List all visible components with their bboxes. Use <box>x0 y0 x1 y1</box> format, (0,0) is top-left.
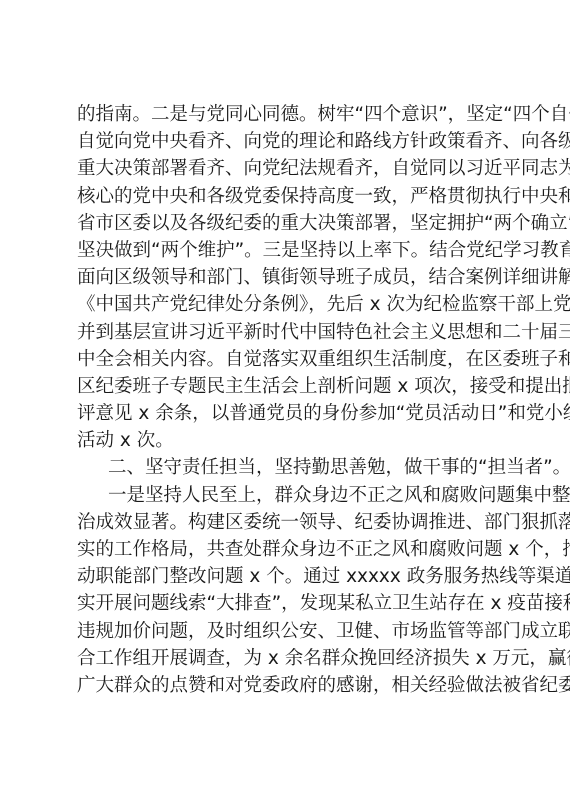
section-heading-two: 二、坚守责任担当，坚持勤思善勉，做干事的“担当者”。 <box>77 454 494 481</box>
paragraph-1-line-12: 评意见 x 余条，以普通党员的身份参加“党员活动日”和党小组 <box>77 400 494 427</box>
paragraph-1-line-2: 自觉向党中央看齐、向党的理论和路线方针政策看齐、向各级 <box>77 128 494 155</box>
paragraph-1-line-8: 《中国共产党纪律处分条例》，先后 x 次为纪检监察干部上党课， <box>77 291 494 318</box>
paragraph-1-line-4: 核心的党中央和各级党委保持高度一致，严格贯彻执行中央和 <box>77 183 494 210</box>
document-page: 的指南。二是与党同心同德。树牢“四个意识”，坚定“四个自信”， 自觉向党中央看齐… <box>77 101 494 699</box>
paragraph-2-line-6: 违规加价问题，及时组织公安、卫健、市场监管等部门成立联 <box>77 618 494 645</box>
paragraph-2-line-2: 治成效显著。构建区委统一领导、纪委协调推进、部门狠抓落 <box>77 509 494 536</box>
paragraph-2-line-3: 实的工作格局，共查处群众身边不正之风和腐败问题 x 个，推 <box>77 536 494 563</box>
paragraph-1-line-10: 中全会相关内容。自觉落实双重组织生活制度，在区委班子和 <box>77 346 494 373</box>
paragraph-2-line-1: 一是坚持人民至上，群众身边不正之风和腐败问题集中整 <box>77 482 494 509</box>
paragraph-1-line-5: 省市区委以及各级纪委的重大决策部署，坚定拥护“两个确立”、 <box>77 210 494 237</box>
paragraph-1-line-7: 面向区级领导和部门、镇街领导班子成员，结合案例详细讲解 <box>77 264 494 291</box>
paragraph-2-line-4: 动职能部门整改问题 x 个。通过 xxxxx 政务服务热线等渠道扎 <box>77 563 494 590</box>
paragraph-2-line-7: 合工作组开展调查，为 x 余名群众挽回经济损失 x 万元，赢得 <box>77 645 494 672</box>
paragraph-1-line-13: 活动 x 次。 <box>77 427 494 454</box>
paragraph-2-line-5: 实开展问题线索“大排查”，发现某私立卫生站存在 x 疫苗接种 <box>77 590 494 617</box>
paragraph-1-line-9: 并到基层宣讲习近平新时代中国特色社会主义思想和二十届三 <box>77 319 494 346</box>
paragraph-1-line-3: 重大决策部署看齐、向党纪法规看齐，自觉同以习近平同志为 <box>77 155 494 182</box>
paragraph-2-line-8: 广大群众的点赞和对党委政府的感谢，相关经验做法被省纪委 <box>77 672 494 699</box>
paragraph-1-line-11: 区纪委班子专题民主生活会上剖析问题 x 项次，接受和提出批 <box>77 373 494 400</box>
paragraph-1-line-1: 的指南。二是与党同心同德。树牢“四个意识”，坚定“四个自信”， <box>77 101 494 128</box>
paragraph-1-line-6: 坚决做到“两个维护”。三是坚持以上率下。结合党纪学习教育， <box>77 237 494 264</box>
